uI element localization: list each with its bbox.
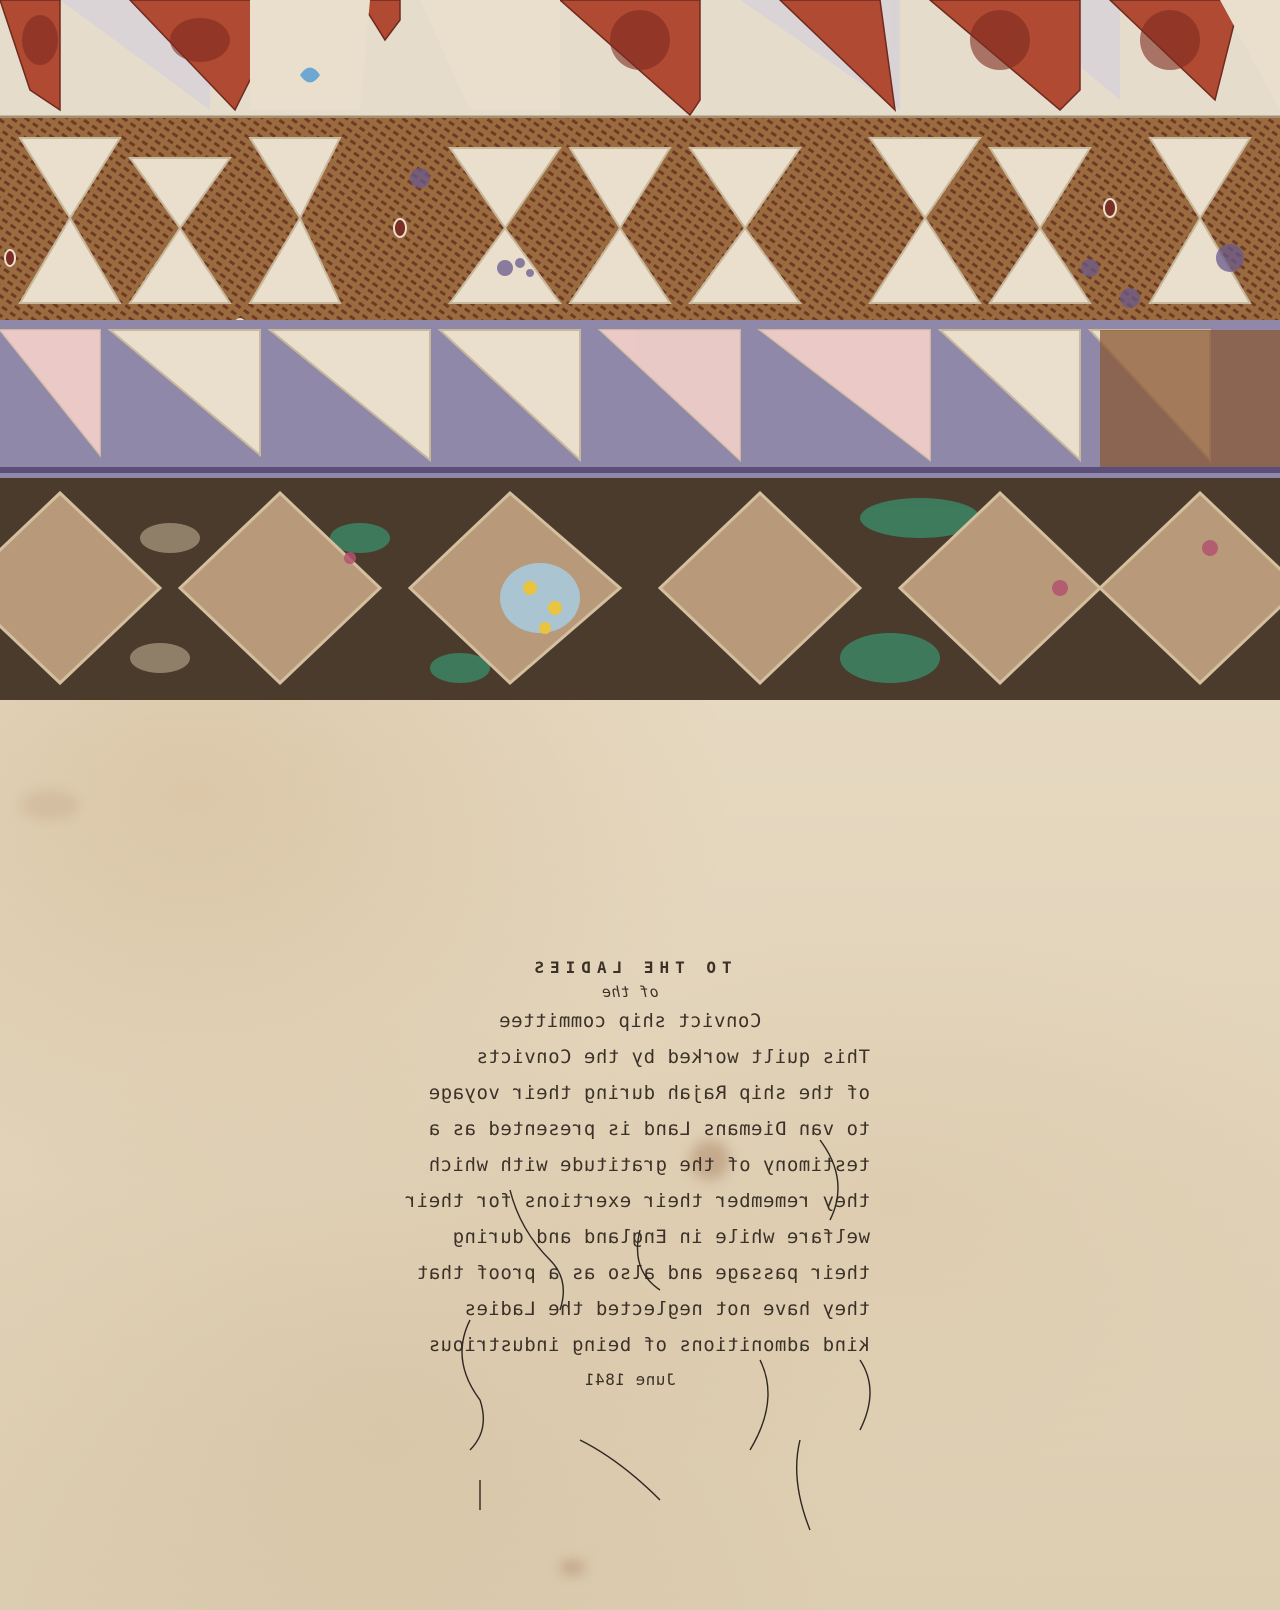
stain (20, 790, 80, 820)
embroidered-inscription: TO THE LADIES of the Convict ship commit… (380, 955, 880, 1397)
brown-hourglass-band (0, 118, 1280, 323)
brown-diamond-band (0, 478, 1280, 710)
inscription-line-11: they have not neglected the Ladies (380, 1291, 880, 1327)
inscription-line-7: testimony of the gratitude with which (380, 1147, 880, 1183)
red-triangle-band (0, 0, 1280, 120)
inscription-line-5: of the ship Rajah during their voyage (380, 1075, 880, 1111)
red-triangle-pattern (0, 0, 1280, 120)
inscription-line-10: their passage and also as a proof that (380, 1255, 880, 1291)
hourglass-pattern (0, 118, 1280, 323)
inscription-date: June 1841 (380, 1363, 880, 1397)
inscription-line-9: welfare while in England and during (380, 1219, 880, 1255)
sawtooth-pattern (0, 320, 1280, 480)
inscription-line-6: to van Diemans Land is presented as a (380, 1111, 880, 1147)
stain (560, 1560, 585, 1575)
inscription-line-1: TO THE LADIES (380, 955, 880, 981)
inscription-line-8: they remember their exertions for their (380, 1183, 880, 1219)
lilac-sawtooth-band (0, 320, 1280, 480)
inscription-line-12: kind admonitions of being industrious (380, 1327, 880, 1363)
inscription-line-4: This quilt worked by the Convicts (380, 1039, 880, 1075)
on-point-square-pattern (0, 478, 1280, 710)
inscription-line-3: Convict ship committee (380, 1003, 880, 1039)
inscription-line-2: of the (380, 981, 880, 1003)
